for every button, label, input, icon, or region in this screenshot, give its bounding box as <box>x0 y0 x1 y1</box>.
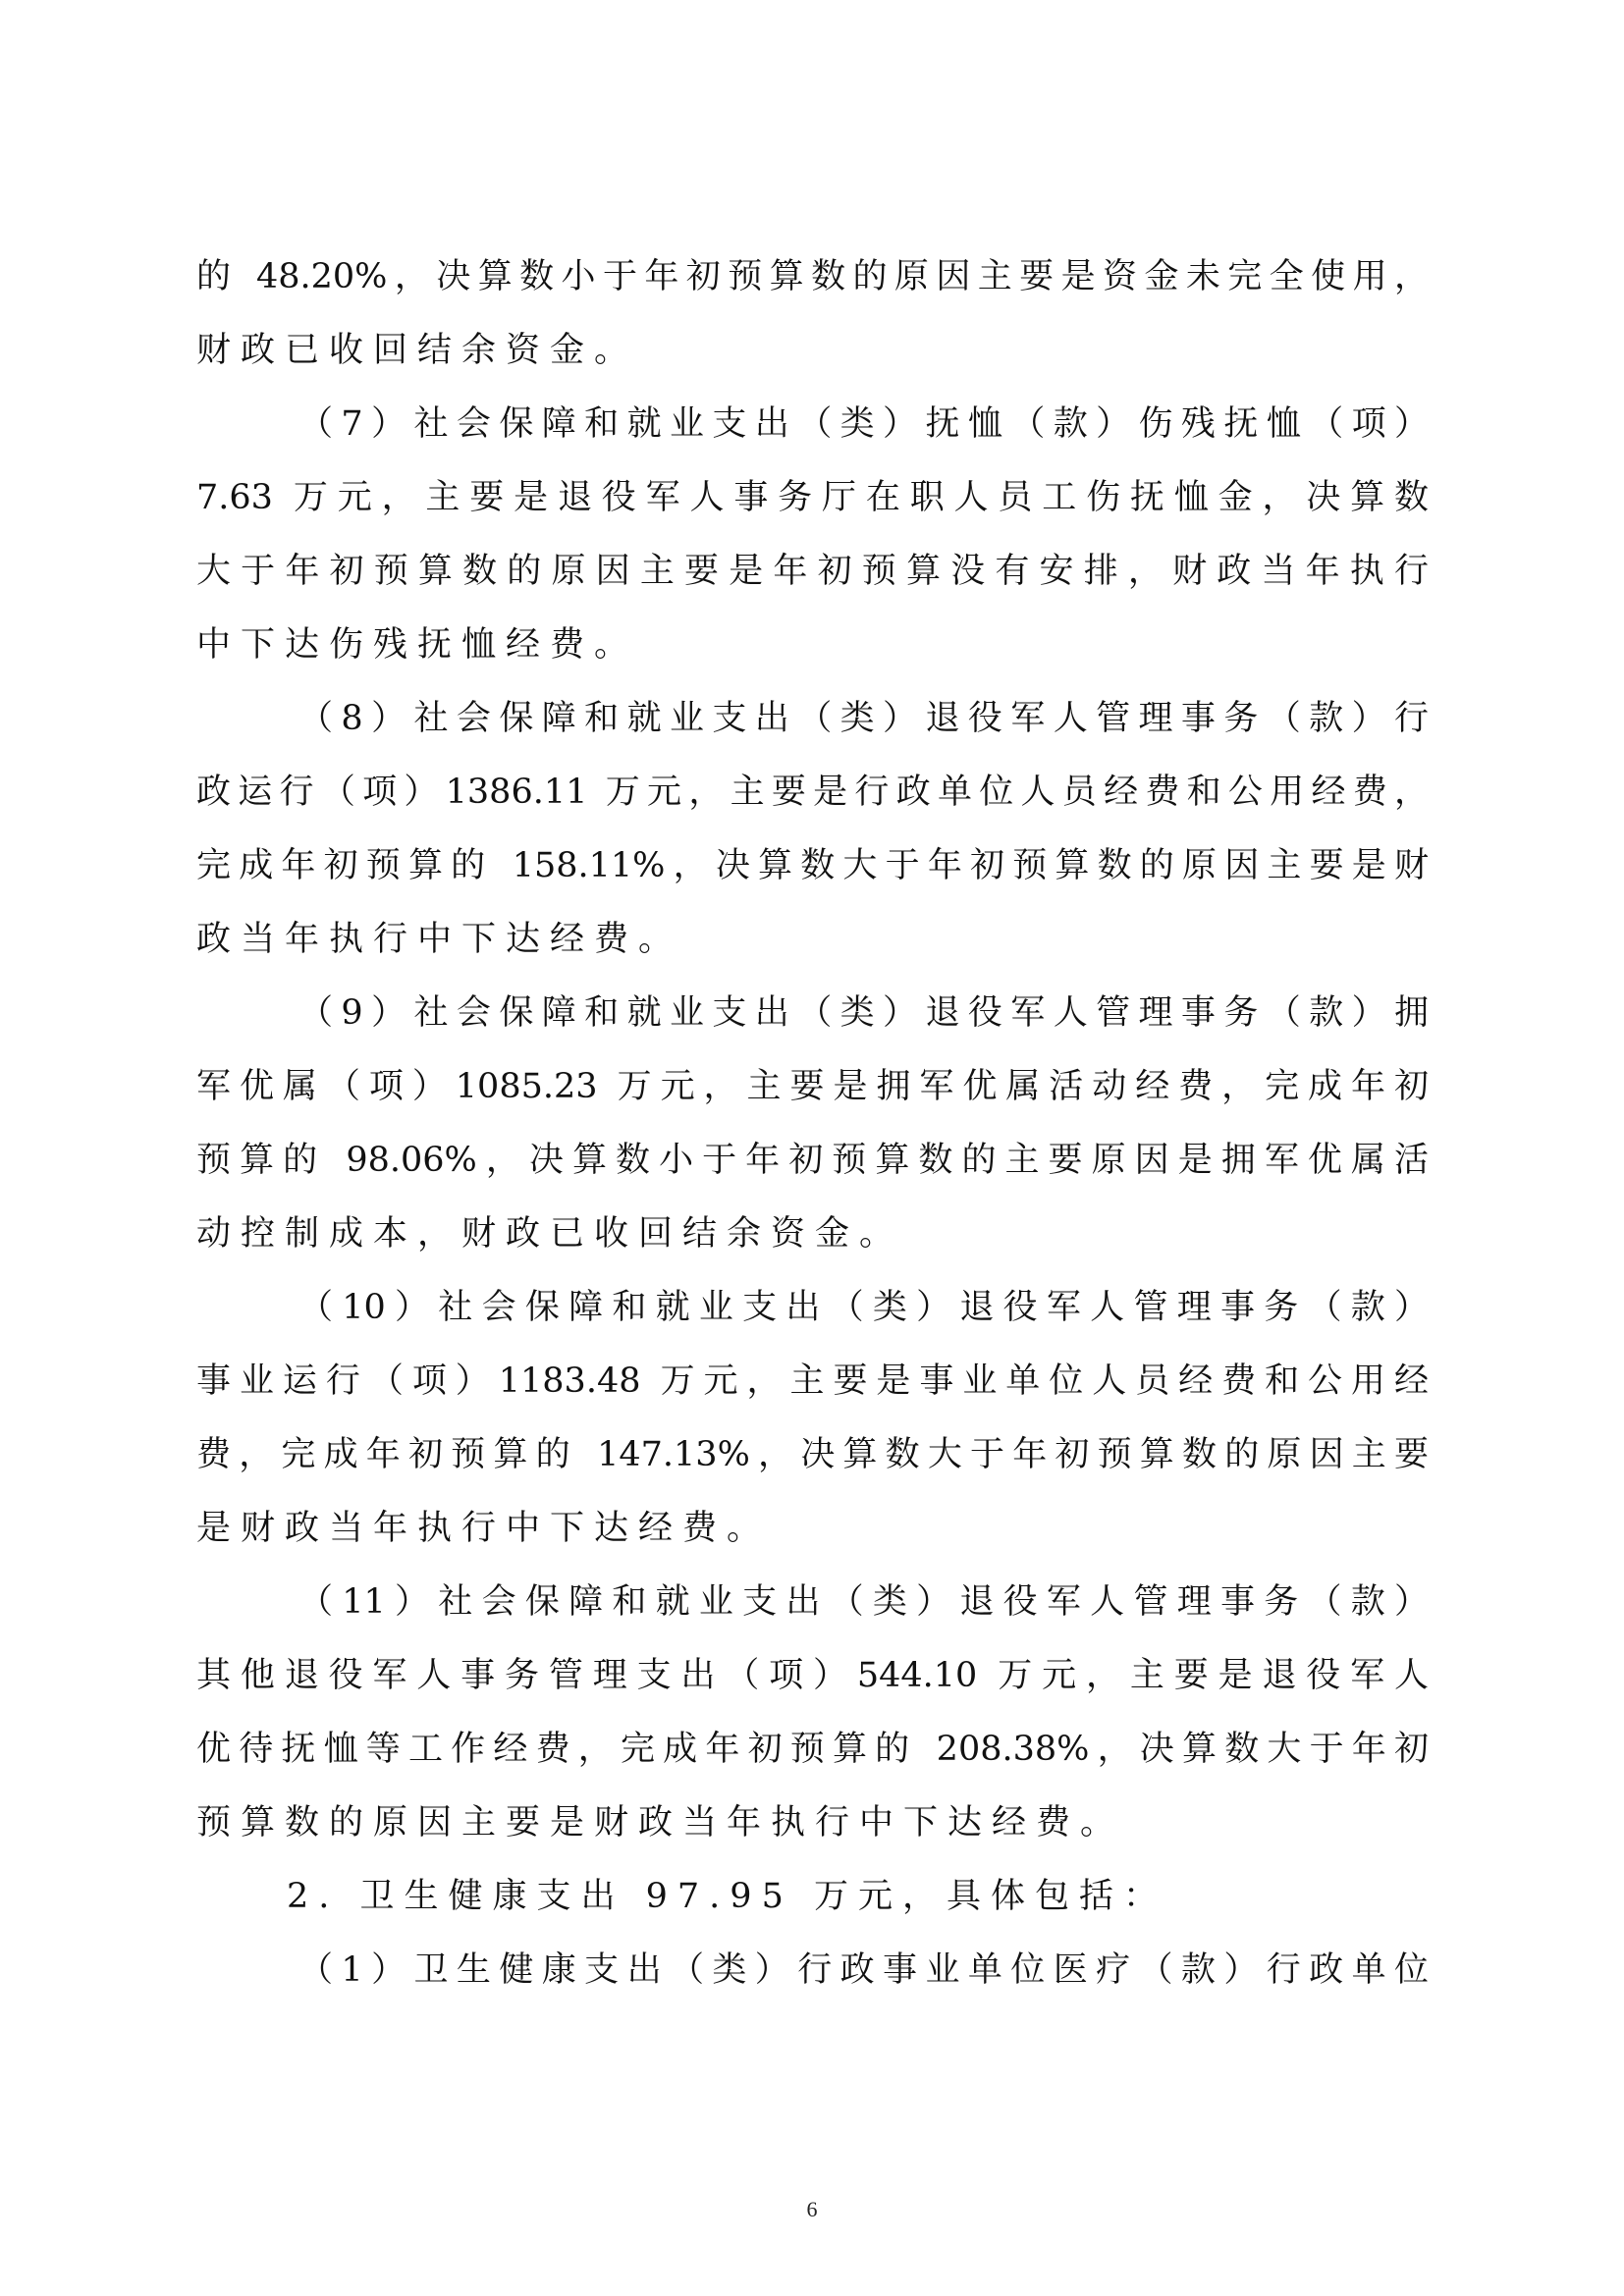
text-line: 是财政当年执行中下达经费。 <box>196 1492 1429 1566</box>
document-page: 的 48.20%，决算数小于年初预算数的原因主要是资金未完全使用， 财政已收回结… <box>0 0 1624 2296</box>
text-line: 动控制成本，财政已收回结余资金。 <box>196 1198 1429 1271</box>
text-line: （9）社会保障和就业支出（类）退役军人管理事务（款）拥 <box>196 977 1429 1050</box>
text-line: 完成年初预算的 158.11%，决算数大于年初预算数的原因主要是财 <box>196 829 1429 903</box>
paragraph-continued: 的 48.20%，决算数小于年初预算数的原因主要是资金未完全使用， 财政已收回结… <box>196 240 1429 388</box>
page-number: 6 <box>800 2195 824 2224</box>
text-line: 预算数的原因主要是财政当年执行中下达经费。 <box>196 1787 1429 1860</box>
paragraph-item-11: （11）社会保障和就业支出（类）退役军人管理事务（款） 其他退役军人事务管理支出… <box>196 1566 1429 1860</box>
text-line: 政运行（项）1386.11 万元，主要是行政单位人员经费和公用经费， <box>196 756 1429 829</box>
text-line: （10）社会保障和就业支出（类）退役军人管理事务（款） <box>196 1271 1429 1345</box>
text-line: 费，完成年初预算的 147.13%，决算数大于年初预算数的原因主要 <box>196 1418 1429 1492</box>
text-line: 优待抚恤等工作经费，完成年初预算的 208.38%，决算数大于年初 <box>196 1713 1429 1787</box>
text-line: 其他退役军人事务管理支出（项）544.10 万元，主要是退役军人 <box>196 1639 1429 1713</box>
text-line: （11）社会保障和就业支出（类）退役军人管理事务（款） <box>196 1566 1429 1639</box>
text-line: 中下达伤残抚恤经费。 <box>196 609 1429 682</box>
body-text: 的 48.20%，决算数小于年初预算数的原因主要是资金未完全使用， 财政已收回结… <box>196 240 1429 2007</box>
text-line: 的 48.20%，决算数小于年初预算数的原因主要是资金未完全使用， <box>196 240 1429 314</box>
text-line: 2. 卫生健康支出 97.95 万元，具体包括： <box>196 1860 1429 1934</box>
text-line: 预算的 98.06%，决算数小于年初预算数的主要原因是拥军优属活 <box>196 1124 1429 1198</box>
text-line: 财政已收回结余资金。 <box>196 314 1429 388</box>
paragraph-item-9: （9）社会保障和就业支出（类）退役军人管理事务（款）拥 军优属（项）1085.2… <box>196 977 1429 1271</box>
text-line: 事业运行（项）1183.48 万元，主要是事业单位人员经费和公用经 <box>196 1345 1429 1418</box>
text-line: 军优属（项）1085.23 万元，主要是拥军优属活动经费，完成年初 <box>196 1050 1429 1124</box>
text-line: （1）卫生健康支出（类）行政事业单位医疗（款）行政单位 <box>196 1934 1429 2007</box>
text-line: 政当年执行中下达经费。 <box>196 903 1429 977</box>
paragraph-item-8: （8）社会保障和就业支出（类）退役军人管理事务（款）行 政运行（项）1386.1… <box>196 682 1429 977</box>
paragraph-item-10: （10）社会保障和就业支出（类）退役军人管理事务（款） 事业运行（项）1183.… <box>196 1271 1429 1566</box>
section-heading-health: 2. 卫生健康支出 97.95 万元，具体包括： <box>196 1860 1429 1934</box>
text-line: （7）社会保障和就业支出（类）抚恤（款）伤残抚恤（项） <box>196 388 1429 461</box>
text-line: 7.63 万元，主要是退役军人事务厅在职人员工伤抚恤金，决算数 <box>196 461 1429 535</box>
text-line: （8）社会保障和就业支出（类）退役军人管理事务（款）行 <box>196 682 1429 756</box>
text-line: 大于年初预算数的原因主要是年初预算没有安排，财政当年执行 <box>196 535 1429 609</box>
paragraph-section-2-item-1: （1）卫生健康支出（类）行政事业单位医疗（款）行政单位 <box>196 1934 1429 2007</box>
paragraph-item-7: （7）社会保障和就业支出（类）抚恤（款）伤残抚恤（项） 7.63 万元，主要是退… <box>196 388 1429 682</box>
